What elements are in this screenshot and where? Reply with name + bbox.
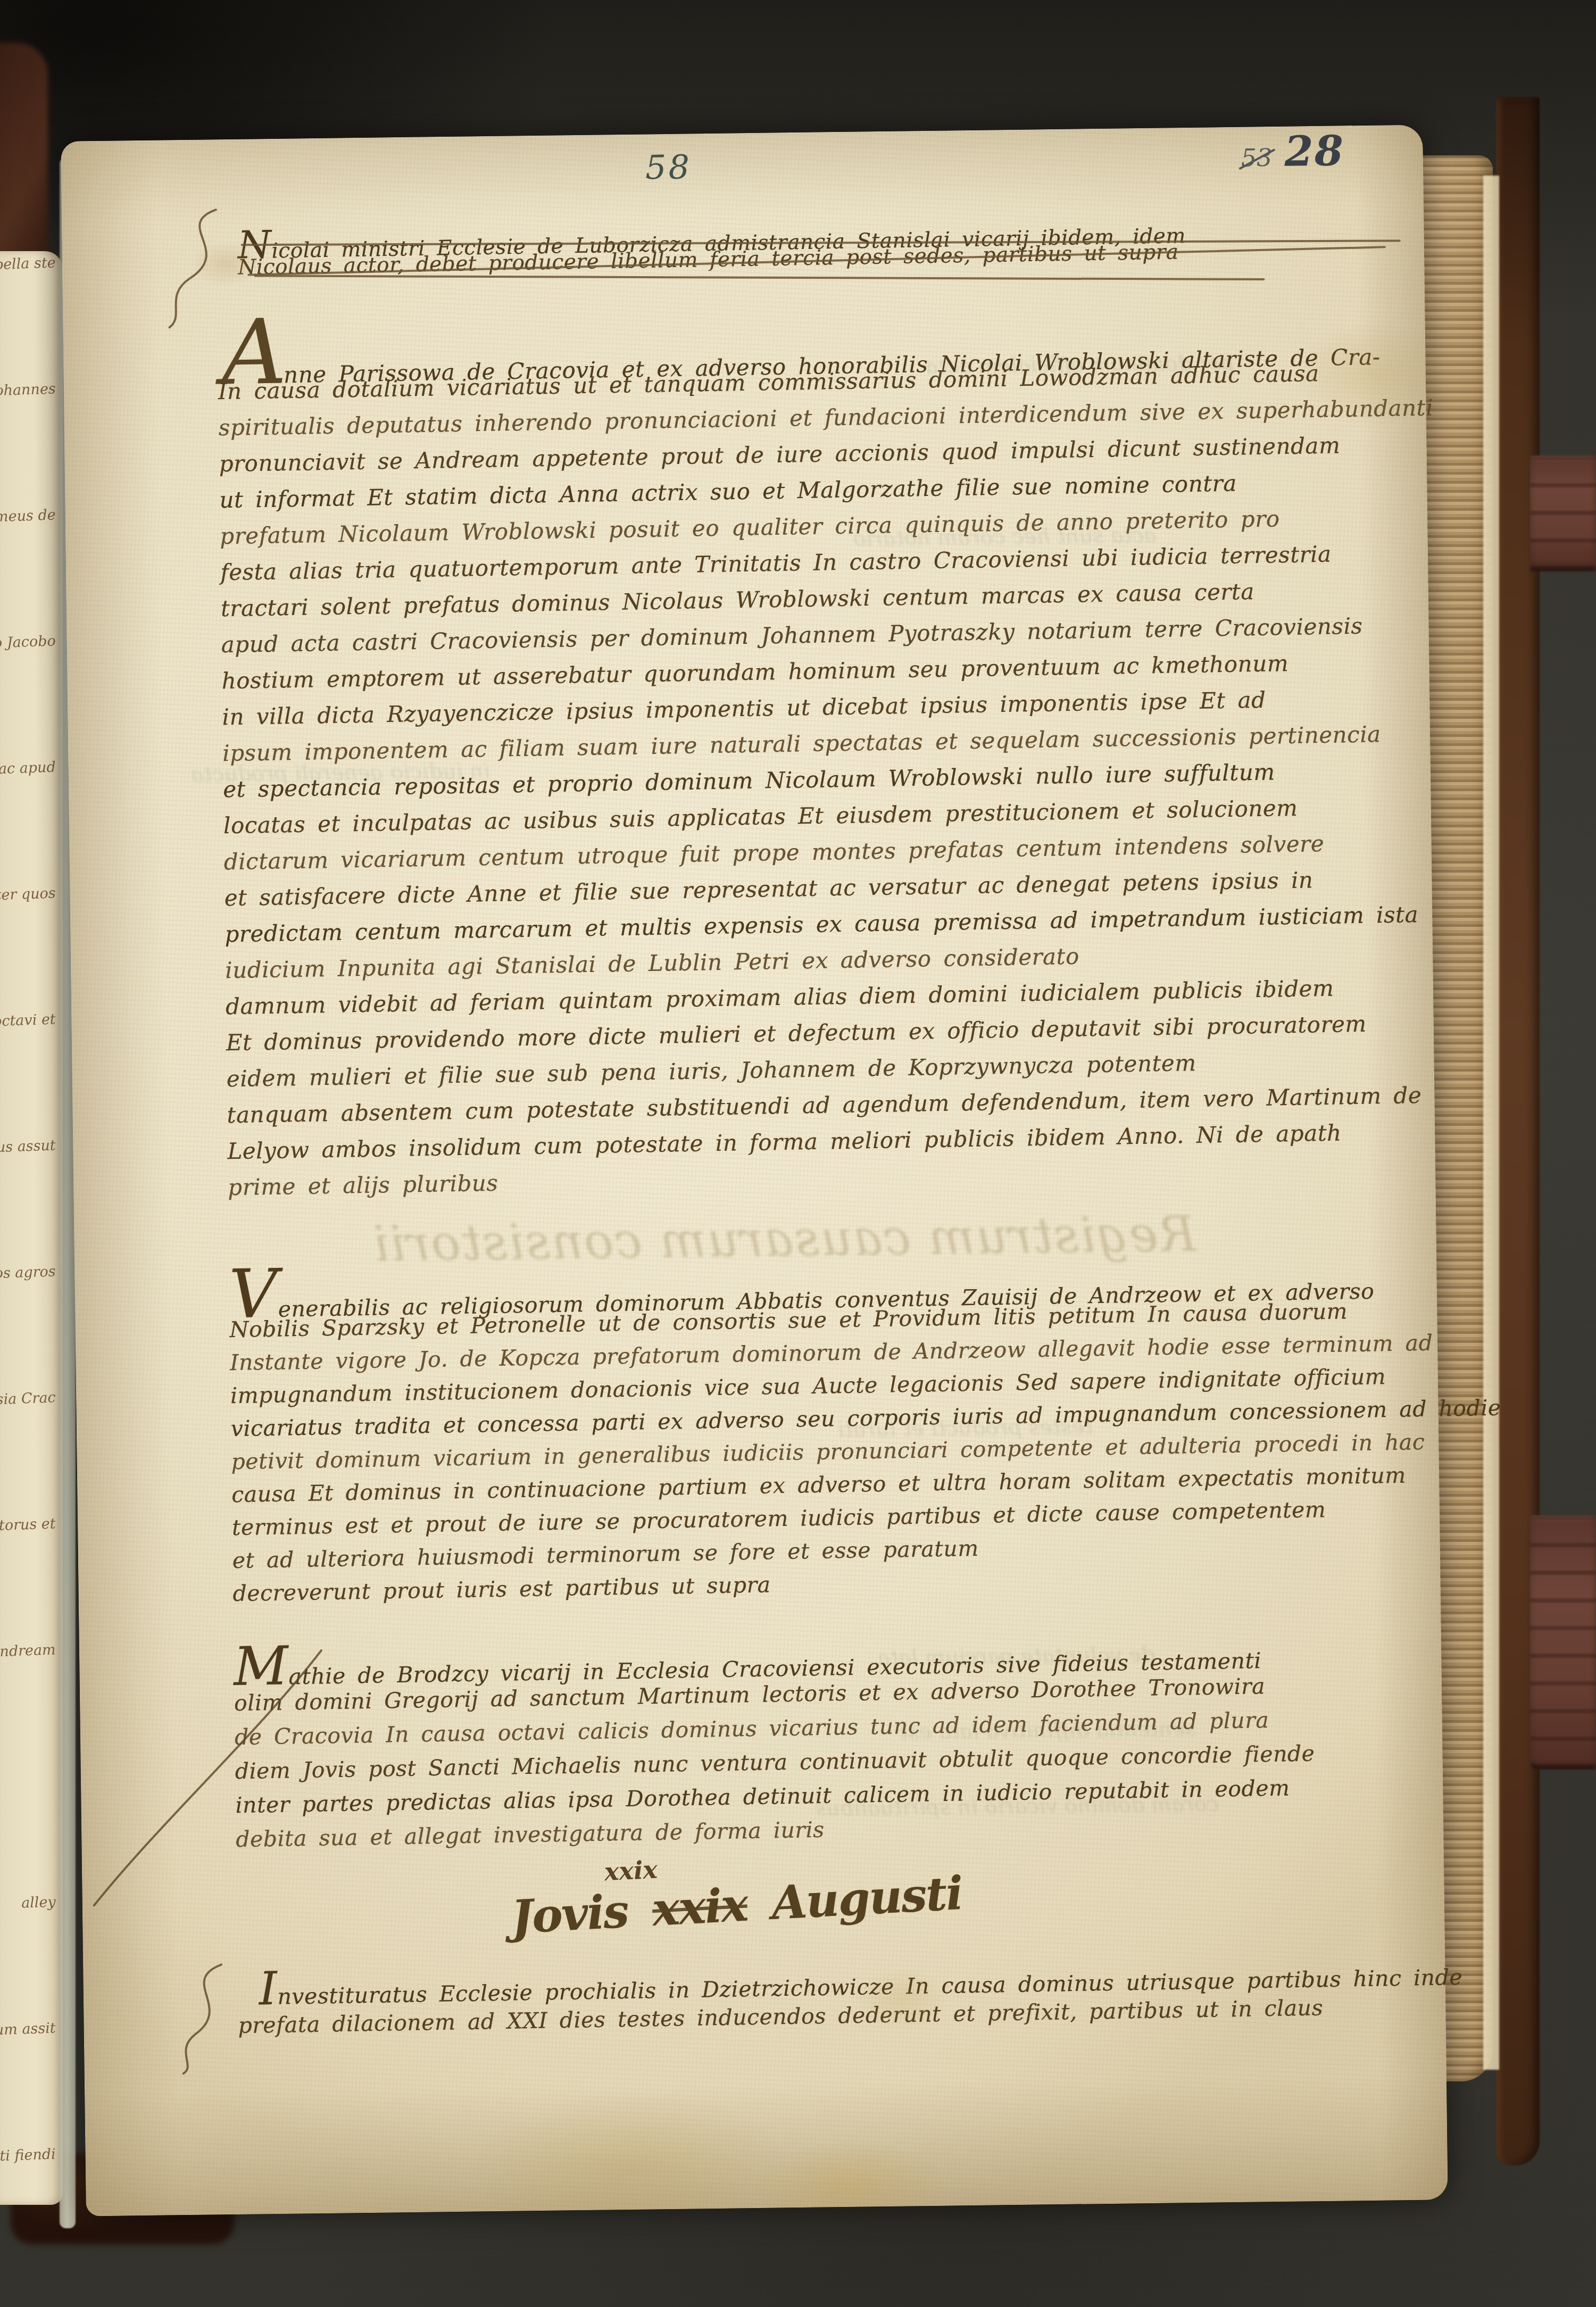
manuscript-text-line: doctorus et	[0, 1511, 63, 1639]
manuscript-text-line: t in ecclesia Crac	[0, 1385, 63, 1513]
page-edge-sliver	[1483, 176, 1499, 2070]
manuscript-text-line: et Andream	[0, 1637, 63, 1765]
corner-foliation: 53 28	[1241, 127, 1344, 176]
binding-strap-bottom	[1530, 1515, 1596, 1770]
manuscript-text-line: y et legum assit	[0, 2015, 63, 2144]
margin-diagonal-flourish	[79, 1644, 332, 1924]
old-folio-number-struck: 53	[1241, 143, 1272, 172]
manuscript-photo-scene: in capella steJohannesBartholomeus dee d…	[0, 0, 1596, 2307]
binding-strap-top	[1530, 455, 1596, 571]
heading-roman-numeral: xxix	[604, 1855, 658, 1887]
date-heading-month: Augusti	[770, 1866, 964, 1930]
manuscript-text-line: in capella ste	[0, 251, 63, 378]
manuscript-text-line: ay duos agros	[0, 1259, 63, 1387]
leather-binding-strip	[1496, 97, 1540, 2165]
court-entry-mathias-brodzcy: Mathie de Brodzcy vicarij in Ecclesia Cr…	[234, 1639, 1476, 1858]
manuscript-text-line: generali ac apud	[0, 754, 63, 883]
date-heading-numeral-struck: xxix	[651, 1878, 749, 1937]
manuscript-text-line: e domino Jacobo	[0, 628, 63, 757]
paraph-flourish	[163, 1959, 239, 2077]
date-heading-day: Jovis	[510, 1885, 629, 1945]
manuscript-text-line: alley	[0, 1889, 63, 2018]
manuscript-text-line: decem octavi et	[0, 1007, 63, 1135]
manuscript-text-line: sunt inter quos	[0, 881, 63, 1009]
manuscript-text-line: m et iuribus assut	[0, 1133, 63, 1261]
court-entry-abbot-andrzeow: Venerabilis ac religiosorum dominorum Ab…	[229, 1266, 1472, 1611]
page-number-center: 58	[645, 147, 692, 187]
court-entry-anne-parissowa: Anne Parissowa de Cracovia et ex adverso…	[218, 325, 1468, 1208]
court-entry-dzietrzichowicze: Investituratus Ecclesie prochialis in Dz…	[237, 1961, 1488, 2044]
date-heading: Jovis xxix Augusti	[510, 1866, 963, 1945]
manuscript-text-line	[0, 1763, 63, 1891]
court-entry-cancelled: Nicolai ministri Ecclesie de Luborzicza …	[237, 205, 1424, 286]
manuscript-text-line: Bartholomeus de	[0, 502, 63, 630]
manuscript-page: 58 53 28 per dominum officialem acta act…	[61, 125, 1448, 2217]
folio-number: 28	[1284, 127, 1345, 176]
paraph-flourish	[152, 203, 239, 332]
previous-page-edge: in capella steJohannesBartholomeus dee d…	[0, 251, 63, 2205]
manuscript-text-line: ad fati fiendi	[0, 2142, 63, 2205]
showthrough-text-strong: Registrum causarum consistorii	[372, 1206, 1196, 1273]
manuscript-text-line: Johannes	[0, 376, 63, 504]
